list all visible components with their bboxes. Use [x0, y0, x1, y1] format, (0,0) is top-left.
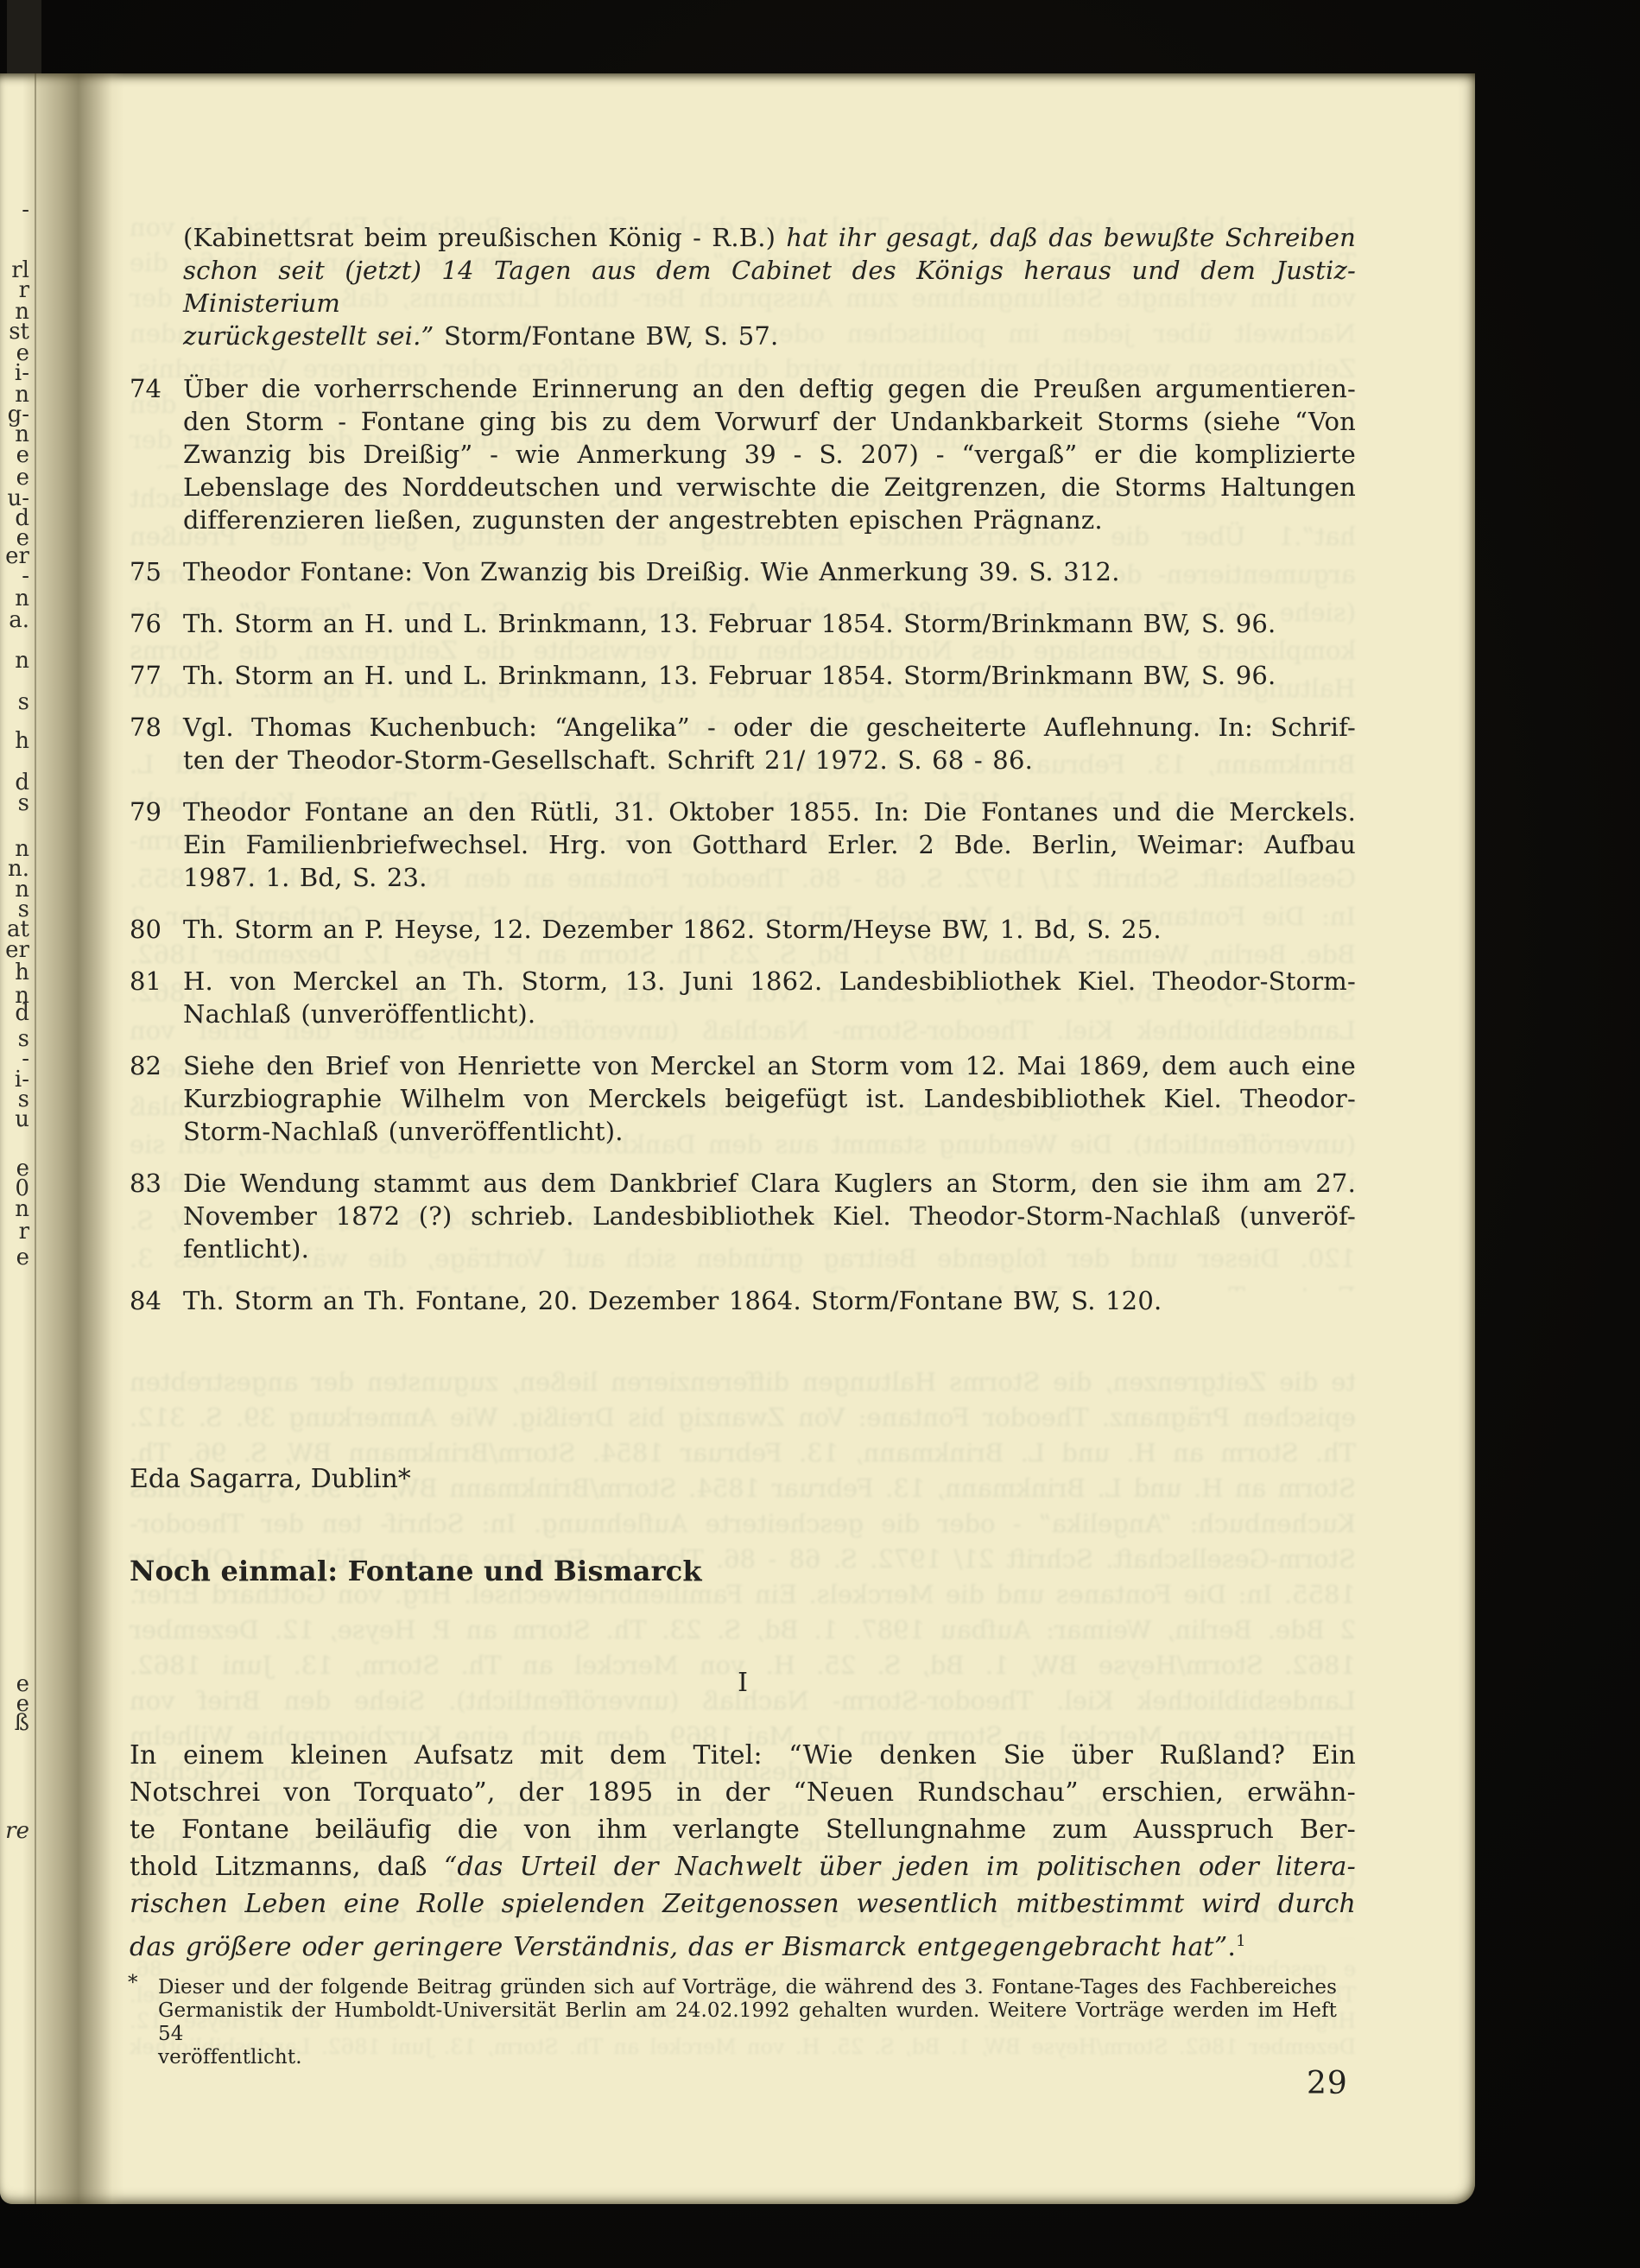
endnote-text: Th. Storm an H. und L. Brinkmann, 13. Fe…: [183, 659, 1356, 692]
endnote-73-continuation-quote: (Kabinettsrat beim preußischen König - R…: [183, 221, 1356, 352]
text-line: Zwanzig bis Dreißig” - wie Anmerkung 39 …: [183, 438, 1356, 471]
page-edge-fragment: s: [18, 691, 29, 713]
endnote-number: 80: [130, 913, 161, 946]
endnote-item: 74Über die vorherrschende Erinnerung an …: [130, 372, 1356, 536]
endnote-number: 74: [130, 372, 161, 405]
endnote-number: 84: [130, 1284, 161, 1317]
page-content: (Kabinettsrat beim preußischen König - R…: [130, 73, 1356, 1966]
page-edge-fragment: er: [5, 939, 29, 961]
facing-page-text-fragments: -rlrnstei-ng-neeu-deer-na.nshdsnn.nsater…: [0, 73, 32, 2204]
text-line: In einem kleinen Aufsatz mit dem Titel: …: [130, 1737, 1356, 1774]
text-line: Th. Storm an H. und L. Brinkmann, 13. Fe…: [183, 659, 1356, 692]
text-line: zurückgestellt sei.” Storm/Fontane BW, S…: [183, 320, 1356, 352]
text-line: thold Litzmanns, daß “das Urteil der Nac…: [130, 1848, 1356, 1885]
footnote-text: Dieser und der folgende Beitrag gründen …: [158, 1976, 1337, 2069]
text-line: Über die vorherrschende Erinnerung an de…: [183, 372, 1356, 405]
endnote-item: 75Theodor Fontane: Von Zwanzig bis Dreiß…: [130, 555, 1356, 588]
page-edge-fragment: re: [5, 1820, 29, 1842]
text-line: Lebenslage des Norddeutschen und verwisc…: [183, 471, 1356, 504]
endnote-item: 77Th. Storm an H. und L. Brinkmann, 13. …: [130, 659, 1356, 692]
text-line: ten der Theodor-Storm-Gesellschaft. Schr…: [183, 744, 1356, 776]
text-line: schon seit (jetzt) 14 Tagen aus dem Cabi…: [183, 254, 1356, 320]
page-edge-fragment: a.: [9, 609, 29, 631]
endnote-number: 78: [130, 711, 161, 744]
endnote-text: Vgl. Thomas Kuchenbuch: “Angelika” - ode…: [183, 711, 1356, 776]
endnote-number: 77: [130, 659, 161, 692]
text-line: rischen Leben eine Rolle spielenden Zeit…: [130, 1885, 1356, 1923]
text-line: Theodor Fontane: Von Zwanzig bis Dreißig…: [183, 555, 1356, 588]
endnote-text: Siehe den Brief von Henriette von Mercke…: [183, 1049, 1356, 1148]
endnote-number: 75: [130, 555, 161, 588]
endnote-number: 81: [130, 965, 161, 998]
text-line: veröffentlicht.: [158, 2046, 1337, 2069]
text-line: Ein Familienbriefwechsel. Hrg. von Gotth…: [183, 828, 1356, 861]
text-line: das größere oder geringere Verständnis, …: [130, 1923, 1356, 1966]
page-edge-fragment: h: [15, 961, 29, 984]
scanned-book-page-photo: In einem kleinen Aufsatz mit dem Titel: …: [0, 0, 1640, 2268]
endnote-item: 78Vgl. Thomas Kuchenbuch: “Angelika” - o…: [130, 711, 1356, 776]
text-line: Th. Storm an P. Heyse, 12. Dezember 1862…: [183, 913, 1356, 946]
endnote-item: 81H. von Merckel an Th. Storm, 13. Juni …: [130, 965, 1356, 1030]
endnote-text: Über die vorherrschende Erinnerung an de…: [183, 372, 1356, 536]
endnote-text: H. von Merckel an Th. Storm, 13. Juni 18…: [183, 965, 1356, 1030]
text-line: Siehe den Brief von Henriette von Mercke…: [183, 1049, 1356, 1082]
text-line: Theodor Fontane an den Rütli, 31. Oktobe…: [183, 795, 1356, 828]
text-line: Nachlaß (unveröffentlicht).: [183, 998, 1356, 1030]
endnote-text: Th. Storm an P. Heyse, 12. Dezember 1862…: [183, 913, 1356, 946]
intro-paragraph: In einem kleinen Aufsatz mit dem Titel: …: [130, 1737, 1356, 1966]
endnote-item: 79Theodor Fontane an den Rütli, 31. Okto…: [130, 795, 1356, 894]
book-page: In einem kleinen Aufsatz mit dem Titel: …: [0, 73, 1475, 2204]
text-line: Germanistik der Humboldt-Universität Ber…: [158, 1999, 1337, 2046]
text-line: November 1872 (?) schrieb. Landesbibliot…: [183, 1200, 1356, 1232]
endnotes-list: 74Über die vorherrschende Erinnerung an …: [130, 372, 1356, 1317]
page-edge-fragment: e: [16, 1246, 29, 1269]
page-number: 29: [1307, 2066, 1348, 2101]
text-line: Kurzbiographie Wilhelm von Merckels beig…: [183, 1082, 1356, 1115]
text-line: te Fontane beiläufig die von ihm verlang…: [130, 1811, 1356, 1848]
text-line: Dieser und der folgende Beitrag gründen …: [158, 1976, 1337, 1999]
endnote-text: Th. Storm an H. und L. Brinkmann, 13. Fe…: [183, 607, 1356, 640]
page-edge-fragment: u: [15, 1108, 29, 1131]
text-line: H. von Merckel an Th. Storm, 13. Juni 18…: [183, 965, 1356, 998]
footnote-asterisk-marker: *: [128, 1972, 138, 1995]
page-edge-fragment: r: [19, 1220, 29, 1243]
text-line: den Storm - Fontane ging bis zu dem Vorw…: [183, 405, 1356, 438]
book-gutter-shadow: [22, 73, 124, 2204]
gutter-crease-line: [35, 73, 36, 2204]
page-edge-fragment: -: [22, 565, 29, 587]
asterisk-footnote: * Dieser und der folgende Beitrag gründe…: [158, 1976, 1337, 2069]
page-edge-fragment: ß: [15, 1712, 29, 1734]
page-edge-fragment: -: [22, 199, 29, 221]
endnote-item: 80Th. Storm an P. Heyse, 12. Dezember 18…: [130, 913, 1356, 946]
section-numeral: I: [130, 1665, 1356, 1701]
endnote-text: Th. Storm an Th. Fontane, 20. Dezember 1…: [183, 1284, 1356, 1317]
endnote-number: 83: [130, 1167, 161, 1200]
text-line: Vgl. Thomas Kuchenbuch: “Angelika” - ode…: [183, 711, 1356, 744]
endnote-text: Die Wendung stammt aus dem Dankbrief Cla…: [183, 1167, 1356, 1265]
endnote-number: 82: [130, 1049, 161, 1082]
left-page-top-edge-shadow: [7, 0, 41, 78]
endnote-item: 83Die Wendung stammt aus dem Dankbrief C…: [130, 1167, 1356, 1265]
endnote-text: Theodor Fontane an den Rütli, 31. Oktobe…: [183, 795, 1356, 894]
article-title: Noch einmal: Fontane und Bismarck: [130, 1552, 1356, 1590]
text-line: Storm-Nachlaß (unveröffentlicht).: [183, 1115, 1356, 1148]
page-edge-fragment: n: [15, 1198, 29, 1220]
author-line: Eda Sagarra, Dublin*: [130, 1462, 1356, 1497]
text-line: differenzieren ließen, zugunsten der ang…: [183, 504, 1356, 536]
text-line: (Kabinettsrat beim preußischen König - R…: [183, 221, 1356, 254]
endnote-item: 84Th. Storm an Th. Fontane, 20. Dezember…: [130, 1284, 1356, 1317]
page-edge-fragment: d: [15, 1002, 29, 1024]
page-edge-fragment: e: [16, 444, 29, 466]
text-line: Notschrei von Torquato”, der 1895 in der…: [130, 1774, 1356, 1811]
endnote-number: 76: [130, 607, 161, 640]
endnote-item: 82Siehe den Brief von Henriette von Merc…: [130, 1049, 1356, 1148]
text-line: Th. Storm an Th. Fontane, 20. Dezember 1…: [183, 1284, 1356, 1317]
text-line: fentlicht).: [183, 1232, 1356, 1265]
text-line: Die Wendung stammt aus dem Dankbrief Cla…: [183, 1167, 1356, 1200]
page-edge-fragment: n: [15, 649, 29, 672]
page-edge-fragment: h: [15, 730, 29, 752]
text-line: Th. Storm an H. und L. Brinkmann, 13. Fe…: [183, 607, 1356, 640]
endnote-number: 79: [130, 795, 161, 828]
text-line: 1987. 1. Bd, S. 23.: [183, 861, 1356, 894]
endnote-text: Theodor Fontane: Von Zwanzig bis Dreißig…: [183, 555, 1356, 588]
page-edge-fragment: s: [18, 792, 29, 814]
endnote-item: 76Th. Storm an H. und L. Brinkmann, 13. …: [130, 607, 1356, 640]
